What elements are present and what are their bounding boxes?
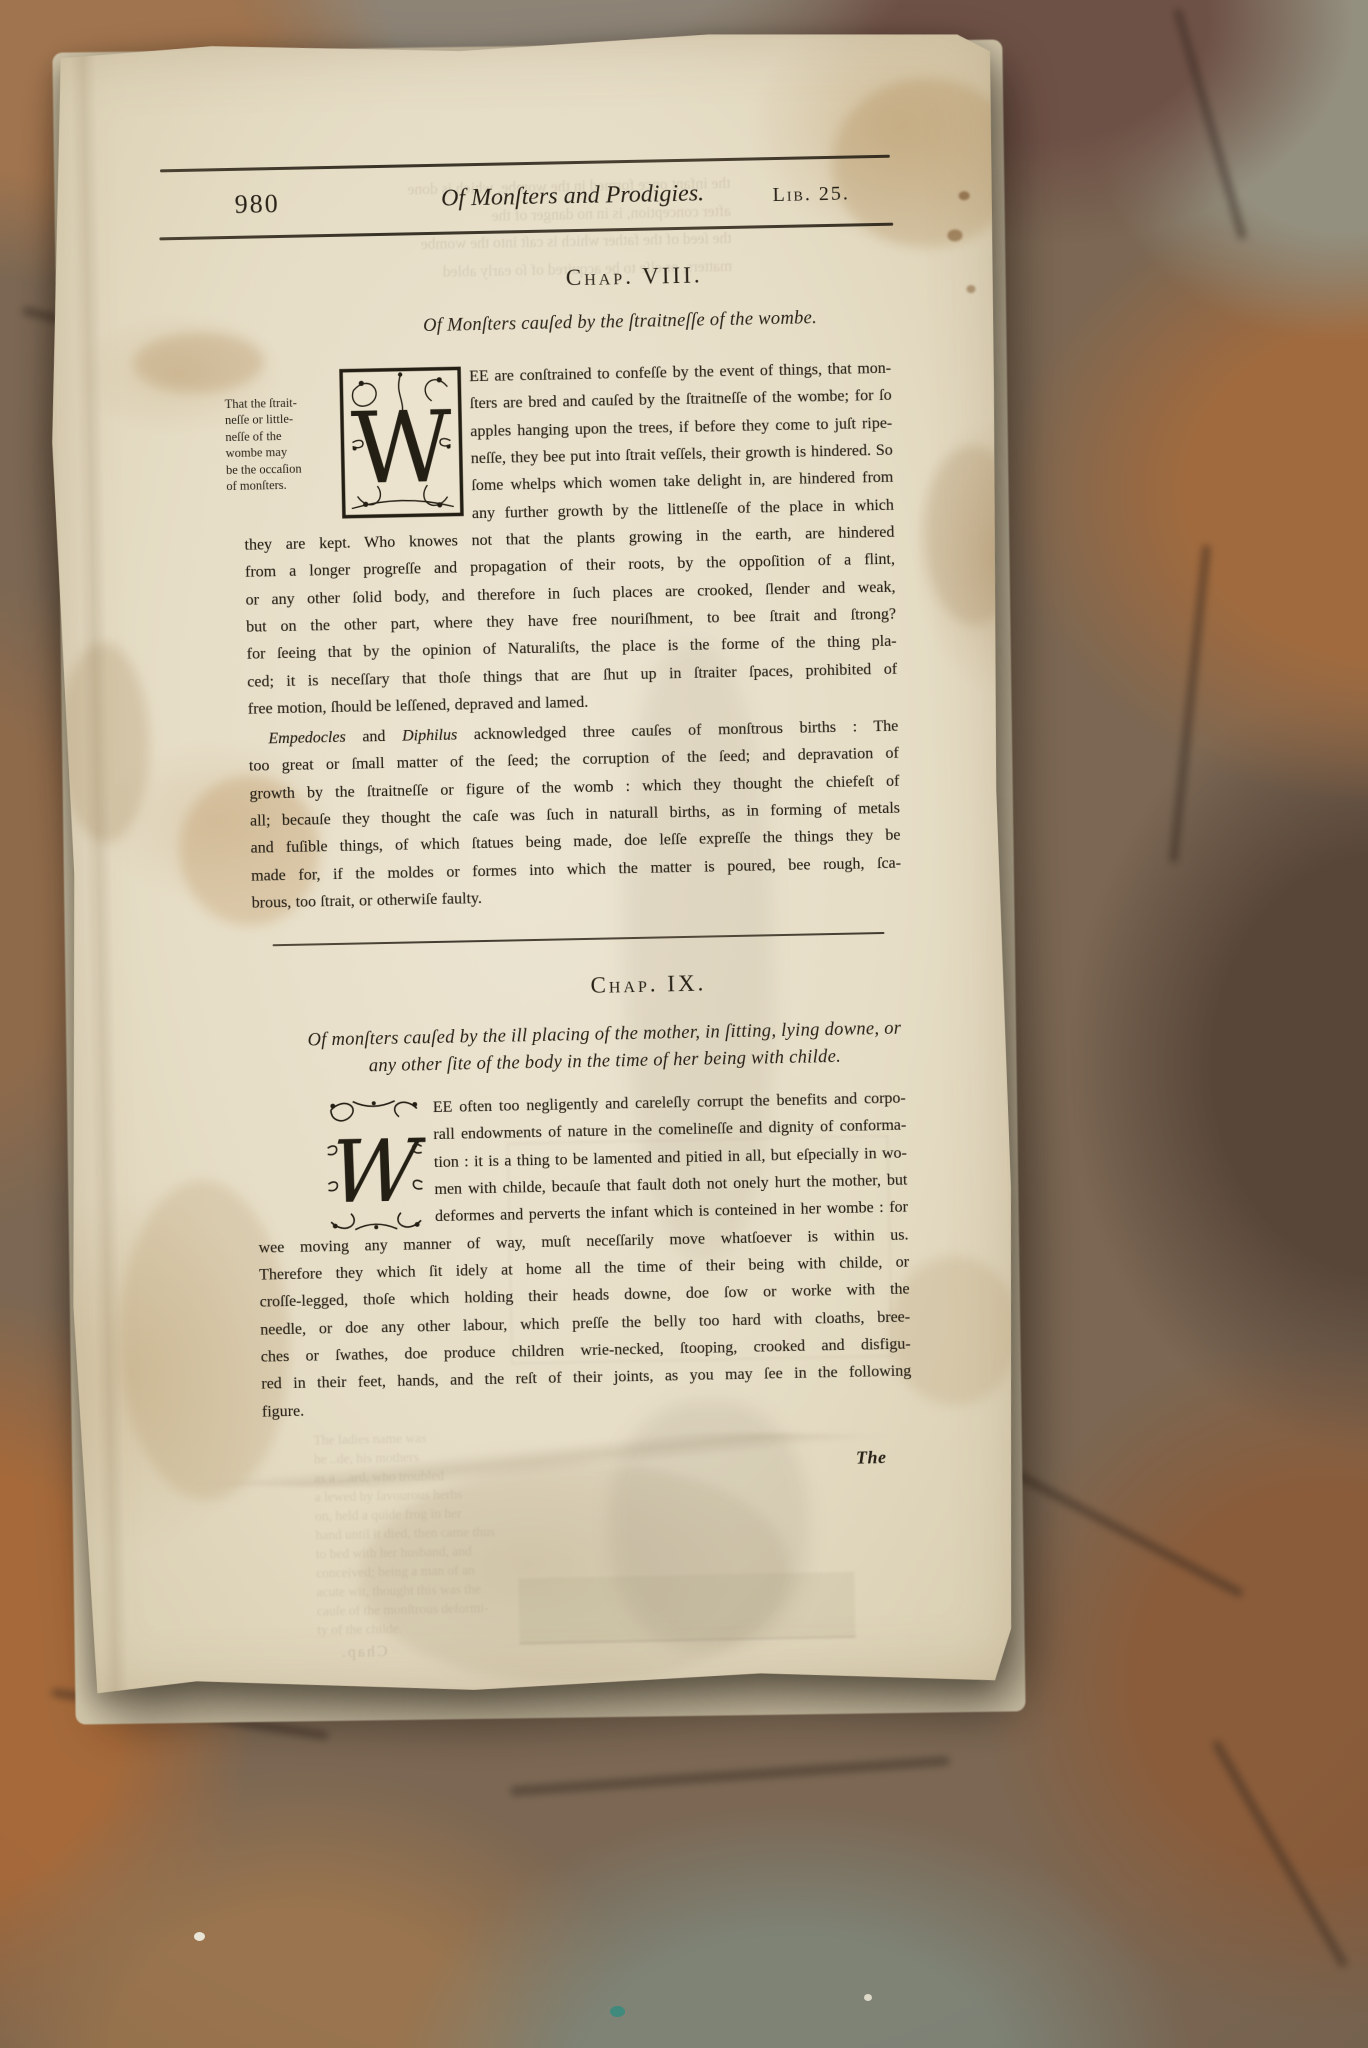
- header-rule-top: [160, 155, 890, 173]
- photograph-background: the infant once formed in the wombe, whi…: [0, 0, 1368, 2048]
- chapter-8-paragraph-2: Empedocles and Diphilus acknowledged thr…: [248, 713, 902, 917]
- chapter-9-heading: Chap. IX.: [318, 965, 978, 1004]
- grout-line: [510, 1757, 949, 1796]
- author-name: Diphilus: [402, 727, 457, 745]
- chapter-divider-rule: [273, 932, 885, 946]
- stain: [358, 1459, 792, 1688]
- grout-line: [1169, 544, 1210, 863]
- book-page-wrap: the infant once formed in the wombe, whi…: [39, 25, 1028, 1706]
- catchword: The: [856, 1447, 887, 1469]
- chapter-9-subtitle-line-2: any other ſite of the body in the time o…: [280, 1045, 930, 1079]
- chapter-8-subtitle: Of Monſters cauſed by the ſtraitneſſe of…: [295, 306, 945, 340]
- paint-speck-white: [864, 1994, 872, 2001]
- paint-speck-white: [194, 1932, 205, 1941]
- chapter-8-paragraph-1: EE are conſtrained to confeſſe by the ev…: [241, 355, 898, 723]
- show-through-chapter-mark: Chap.: [340, 1643, 388, 1662]
- ink-spot: [966, 285, 975, 293]
- paragraph-text: acknowledged three cauſes of monſtrous b…: [457, 718, 898, 744]
- grout-line: [1212, 1739, 1349, 1968]
- page-number: 980: [234, 189, 280, 220]
- author-name: Empedocles: [268, 729, 346, 748]
- chapter-8-heading: Chap. VIII.: [304, 257, 964, 296]
- book-page: the infant once formed in the wombe, whi…: [39, 25, 1028, 1706]
- paint-speck-teal: [610, 2006, 625, 2017]
- grout-line: [1173, 8, 1247, 241]
- book-label: Lib. 25.: [772, 183, 850, 208]
- header-rule-bottom: [159, 223, 893, 241]
- paragraph-text: and: [346, 728, 403, 746]
- chapter-9-paragraph: EE often too negligently and careleſly c…: [256, 1085, 912, 1426]
